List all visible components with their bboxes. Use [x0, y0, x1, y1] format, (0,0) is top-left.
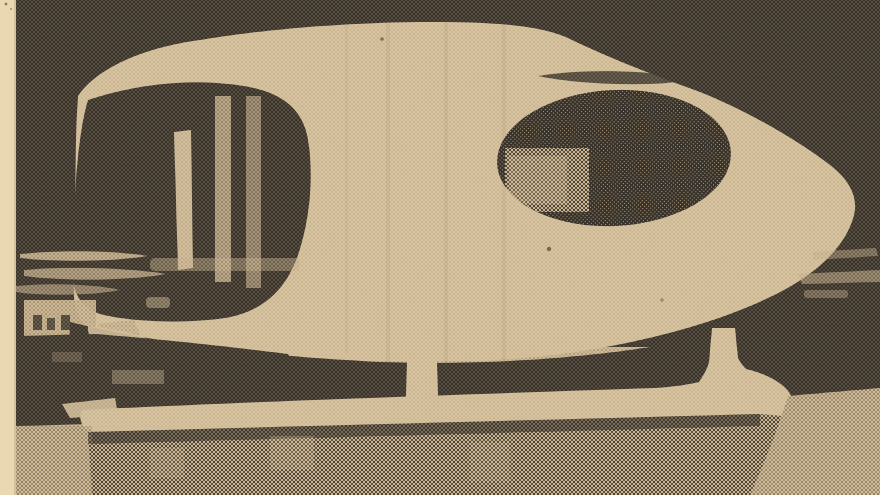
newspaper-photo [0, 0, 880, 495]
grain-overlay [16, 0, 880, 495]
halftone-photo-canvas [0, 0, 880, 495]
paper-margin [0, 0, 16, 495]
